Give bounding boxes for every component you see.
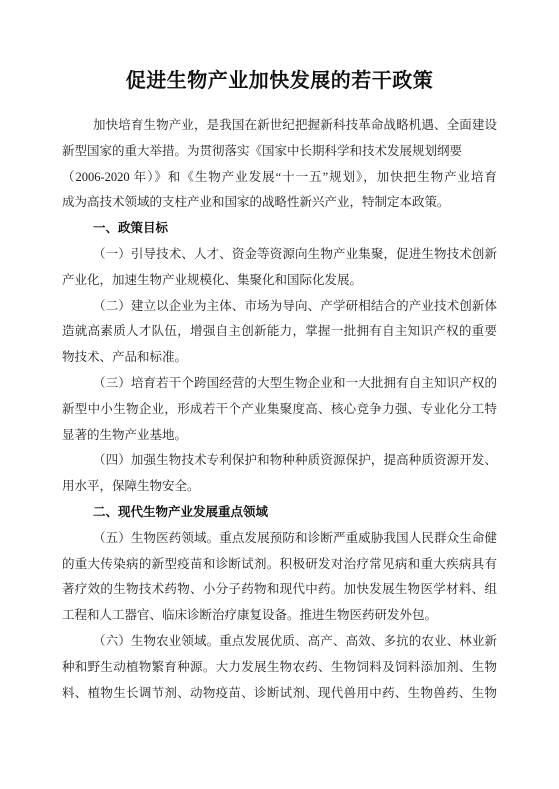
paragraph-line: 造就高素质人才队伍，增强自主创新能力，掌握一批拥有自主知识产权的重要生 bbox=[62, 319, 497, 345]
paragraph-line: （二）建立以企业为主体、市场为导向、产学研相结合的产业技术创新体系， bbox=[62, 294, 497, 320]
paragraph-line: 成为高技术领域的支柱产业和国家的战略性新兴产业，特制定本政策。 bbox=[62, 190, 497, 216]
paragraph-line: （六）生物农业领域。重点发展优质、高产、高效、多抗的农业、林业新品 bbox=[62, 629, 497, 655]
paragraph-line: 物技术、产品和标准。 bbox=[62, 345, 497, 371]
paragraph-line: （三）培育若干个跨国经营的大型生物企业和一大批拥有自主知识产权的创 bbox=[62, 371, 497, 397]
paragraph-line: （一）引导技术、人才、资金等资源向生物产业集聚，促进生物技术创新与 bbox=[62, 242, 497, 268]
section-heading: 一、政策目标 bbox=[62, 216, 497, 242]
paragraph-line: 工程和人工器官、临床诊断治疗康复设备。推进生物医药研发外包。 bbox=[62, 603, 497, 629]
section-heading: 二、现代生物产业发展重点领域 bbox=[62, 500, 497, 526]
paragraph-line: 料、植物生长调节剂、动物疫苗、诊断试剂、现代兽用中药、生物兽药、生物渔 bbox=[62, 681, 497, 707]
paragraph-line: 新型国家的重大举措。为贯彻落实《国家中长期科学和技术发展规划纲要 bbox=[62, 139, 497, 165]
paragraph-line: （2006-2020 年）》和《生物产业发展“十一五”规划》，加快把生物产业培育 bbox=[62, 165, 497, 191]
paragraph-line: 产业化，加速生物产业规模化、集聚化和国际化发展。 bbox=[62, 268, 497, 294]
paragraph-line: 种和野生动植物繁育种源。大力发展生物农药、生物饲料及饲料添加剂、生物肥 bbox=[62, 655, 497, 681]
paragraph-line: （四）加强生物技术专利保护和物种种质资源保护，提高种质资源开发、利 bbox=[62, 448, 497, 474]
document-title: 促进生物产业加快发展的若干政策 bbox=[62, 68, 497, 94]
paragraph-line: 加快培育生物产业，是我国在新世纪把握新科技革命战略机遇、全面建设创 bbox=[62, 113, 497, 139]
paragraph-line: 用水平，保障生物安全。 bbox=[62, 474, 497, 500]
paragraph-line: 新型中小生物企业，形成若干个产业集聚度高、核心竞争力强、专业化分工特色 bbox=[62, 397, 497, 423]
paragraph-line: 显著的生物产业基地。 bbox=[62, 423, 497, 449]
paragraph-line: 的重大传染病的新型疫苗和诊断试剂。积极研发对治疗常见病和重大疾病具有显 bbox=[62, 552, 497, 578]
paragraph-line: （五）生物医药领域。重点发展预防和诊断严重威胁我国人民群众生命健康 bbox=[62, 526, 497, 552]
document-content: 促进生物产业加快发展的若干政策 加快培育生物产业，是我国在新世纪把握新科技革命战… bbox=[0, 0, 559, 706]
paragraph-line: 著疗效的生物技术药物、小分子药物和现代中药。加快发展生物医学材料、组织 bbox=[62, 577, 497, 603]
document-page: 促进生物产业加快发展的若干政策 加快培育生物产业，是我国在新世纪把握新科技革命战… bbox=[0, 0, 559, 789]
document-body: 加快培育生物产业，是我国在新世纪把握新科技革命战略机遇、全面建设创新型国家的重大… bbox=[62, 113, 497, 706]
